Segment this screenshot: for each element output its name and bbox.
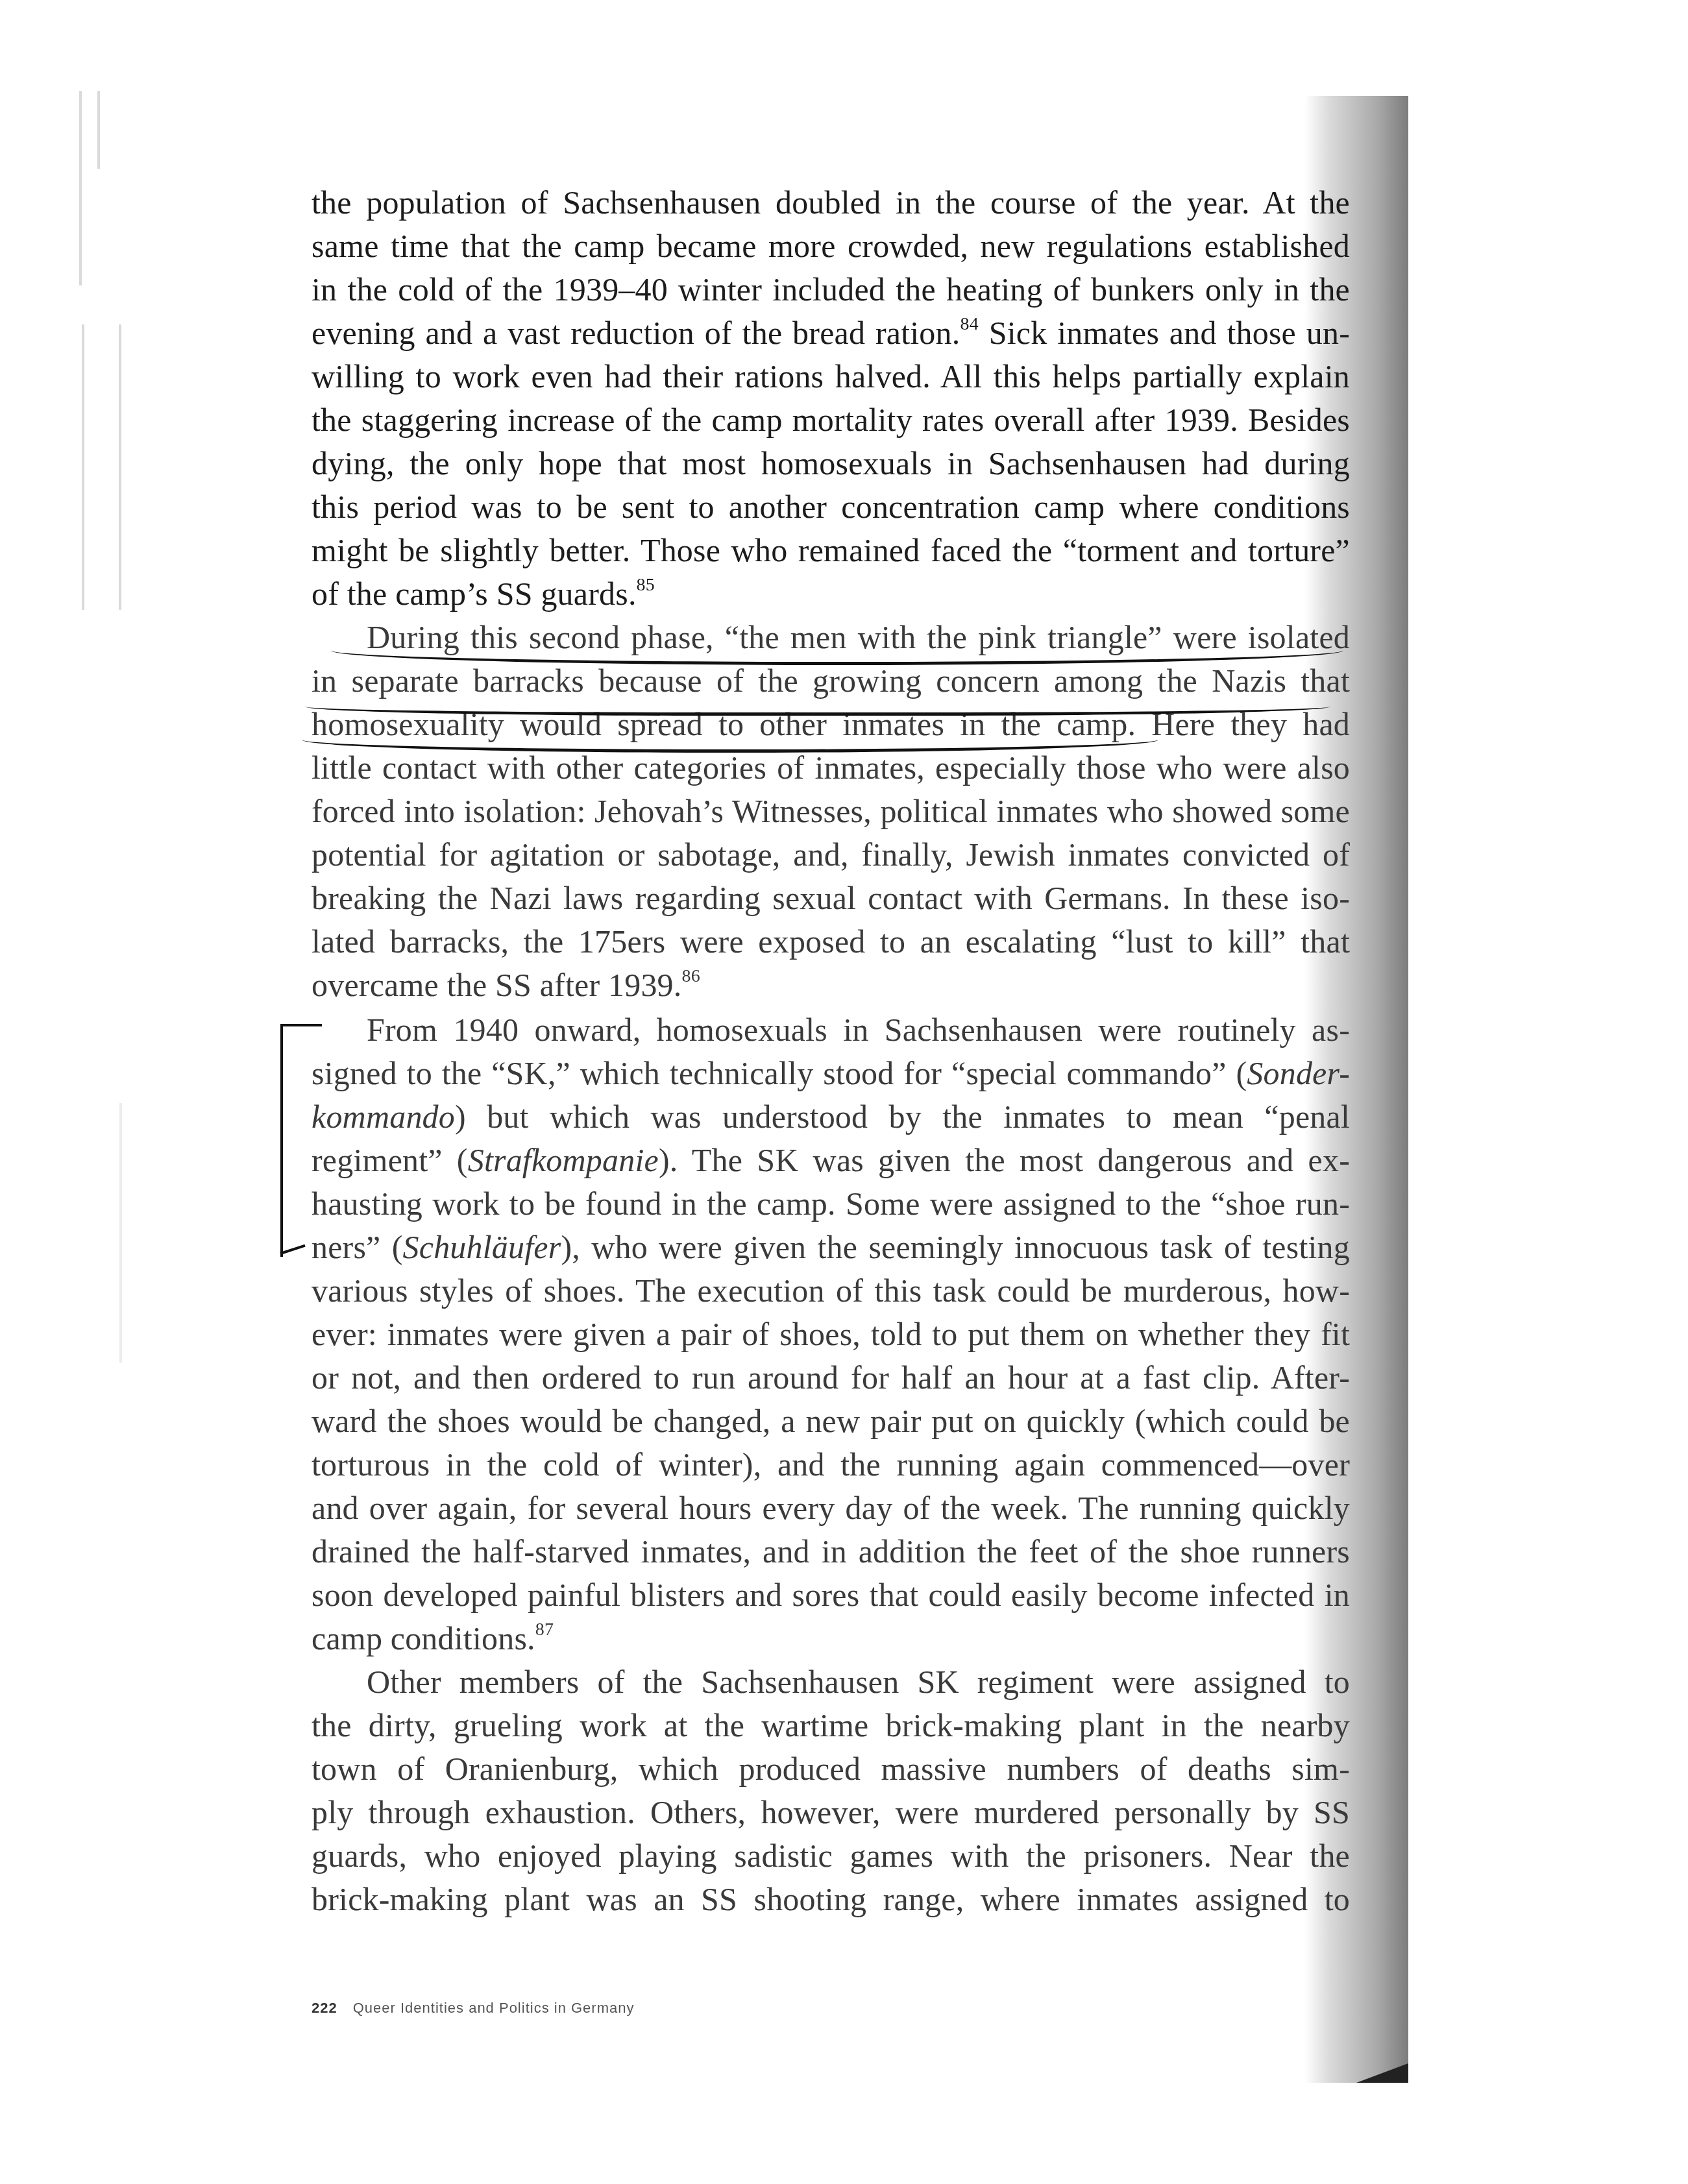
text-line: regiment” (Strafkompanie). The SK was gi…: [312, 1141, 1350, 1180]
text-line: same time that the camp became more crow…: [312, 226, 1350, 265]
paragraph-start-line: Other members of the Sachsenhausen SK re…: [312, 1662, 1350, 1701]
text-line: and over again, for several hours every …: [312, 1488, 1350, 1527]
text-line: dying, the only hope that most homosexua…: [312, 444, 1350, 483]
text-line: this period was to be sent to another co…: [312, 487, 1350, 526]
footnote-ref[interactable]: 84: [960, 314, 978, 334]
text-line: or not, and then ordered to run around f…: [312, 1358, 1350, 1397]
text-line: forced into isolation: Jehovah’s Witness…: [312, 792, 1350, 831]
footnote-ref[interactable]: 86: [682, 966, 700, 986]
text-line: town of Oranienburg, which produced mass…: [312, 1749, 1350, 1788]
scanned-book-page: the population of Sachsenhausen doubled …: [0, 0, 1688, 2184]
text-line: of the camp’s SS guards.85: [312, 574, 1350, 613]
running-title: Queer Identities and Politics in Germany: [353, 2000, 635, 2016]
text-line: ply through exhaustion. Others, however,…: [312, 1793, 1350, 1832]
scan-artifact-streak: [119, 324, 121, 610]
footnote-ref[interactable]: 85: [637, 575, 655, 595]
text-line: the dirty, grueling work at the wartime …: [312, 1706, 1350, 1745]
text-line: overcame the SS after 1939.86: [312, 965, 1350, 1004]
text-line: various styles of shoes. The execution o…: [312, 1271, 1350, 1310]
paragraph-start-line: From 1940 onward, homosexuals in Sachsen…: [312, 1010, 1350, 1049]
handwritten-underline: [302, 727, 1158, 753]
page-footer: 222Queer Identities and Politics in Germ…: [312, 2000, 634, 2017]
text-line: ward the shoes would be changed, a new p…: [312, 1401, 1350, 1440]
scan-artifact-streak: [79, 91, 82, 285]
text-line: in the cold of the 1939–40 winter includ…: [312, 270, 1350, 309]
handwritten-underline: [305, 693, 1330, 716]
text-line: camp conditions.87: [312, 1619, 1350, 1658]
text-line: lated barracks, the 175ers were exposed …: [312, 922, 1350, 961]
handwritten-margin-bracket: [280, 1024, 322, 1257]
text-line: breaking the Nazi laws regarding sexual …: [312, 879, 1350, 917]
text-line: brick-making plant was an SS shooting ra…: [312, 1880, 1350, 1919]
scan-artifact-streak: [119, 1103, 122, 1363]
text-line: the staggering increase of the camp mort…: [312, 400, 1350, 439]
scan-artifact-streak: [82, 324, 84, 610]
handwritten-underline: [331, 636, 1343, 665]
text-line: little contact with other categories of …: [312, 748, 1350, 787]
page-number: 222: [312, 2000, 337, 2016]
text-line: drained the half-starved inmates, and in…: [312, 1532, 1350, 1571]
text-line: guards, who enjoyed playing sadistic gam…: [312, 1836, 1350, 1875]
text-line: torturous in the cold of winter), and th…: [312, 1445, 1350, 1484]
text-line: soon developed painful blisters and sore…: [312, 1575, 1350, 1614]
text-line: ners” (Schuhläufer), who were given the …: [312, 1228, 1350, 1267]
scan-artifact-streak: [97, 91, 100, 169]
text-line: potential for agitation or sabotage, and…: [312, 835, 1350, 874]
text-line: the population of Sachsenhausen doubled …: [312, 183, 1350, 222]
text-line: willing to work even had their rations h…: [312, 357, 1350, 396]
text-line: evening and a vast reduction of the brea…: [312, 313, 1350, 352]
text-line: kommando) but which was understood by th…: [312, 1097, 1350, 1136]
footnote-ref[interactable]: 87: [535, 1620, 554, 1640]
text-line: ever: inmates were given a pair of shoes…: [312, 1315, 1350, 1353]
text-line: hausting work to be found in the camp. S…: [312, 1184, 1350, 1223]
text-line: signed to the “SK,” which technically st…: [312, 1054, 1350, 1093]
text-line: might be slightly better. Those who rema…: [312, 531, 1350, 570]
